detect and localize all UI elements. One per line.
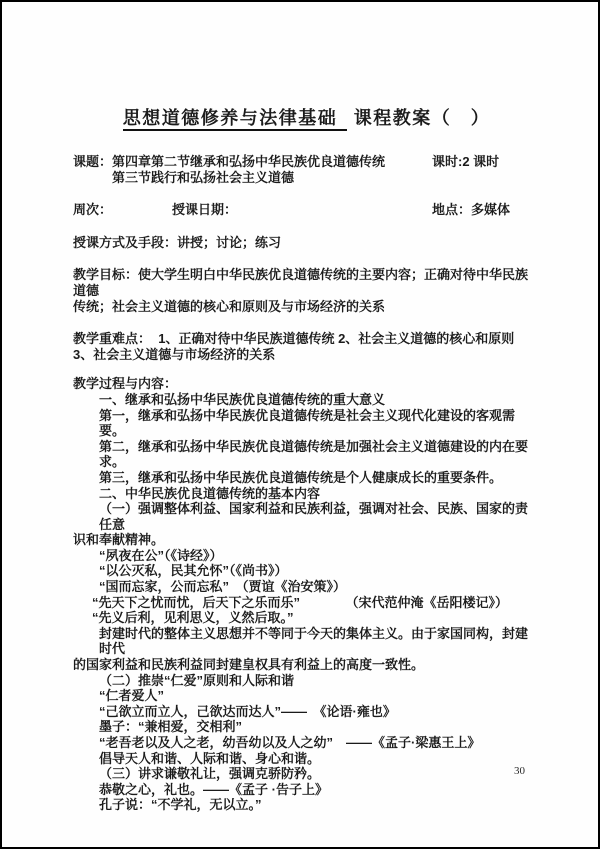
key-point-line: 教学重难点： 1、正确对待中华民族道德传统 2、社会主义道德的核心和原则 [73, 331, 540, 347]
document-line: “夙夜在公”（《诗经》） [73, 548, 540, 564]
document-line: “老吾老以及人之老，幼吾幼以及人之幼” ——《孟子·梁惠王上》 [73, 735, 540, 751]
document-line: 恭敬之心，礼也。——《孟子 ·告子上》 [73, 782, 540, 798]
document-page: 思想道德修养与法律基础 课程教案（ ） 课题：第四章第二节继承和弘扬中华民族优良… [0, 0, 600, 849]
document-line: 第二，继承和弘扬中华民族优良道德传统是加强社会主义道德建设的内在要求。 [73, 439, 540, 470]
class-hours: 课时:2 课时 [432, 154, 499, 170]
document-line: 一、继承和弘扬中华民族优良道德传统的重大意义 [73, 392, 540, 408]
teaching-process-heading: 教学过程与内容： [73, 376, 540, 392]
objective-line: 教学目标：使大学生明白中华民族优良道德传统的主要内容；正确对待中华民族道德 [73, 267, 540, 298]
topic-row: 课题：第四章第二节继承和弘扬中华民族优良道德传统 第三节践行和弘扬社会主义道德 … [73, 154, 540, 185]
document-line: 墨子：“兼相爱，交相利” [73, 719, 540, 735]
document-content: 思想道德修养与法律基础 课程教案（ ） 课题：第四章第二节继承和弘扬中华民族优良… [2, 2, 598, 847]
document-line: “国而忘家，公而忘私” （贾谊《治安策》） [73, 579, 540, 595]
lecture-date-label: 授课日期： [172, 202, 237, 218]
document-line: （一）强调整体利益、国家利益和民族利益，强调对社会、民族、国家的责任意 [73, 501, 540, 532]
document-line: 倡导天人和谐、人际和谐、身心和谐。 [73, 751, 540, 767]
teaching-content: 一、继承和弘扬中华民族优良道德传统的重大意义第一，继承和弘扬中华民族优良道德传统… [73, 392, 540, 813]
document-line: “先义后利，见利思义，义然后取。” [73, 610, 540, 626]
document-line: （二）推崇“仁爱”原则和人际和谐 [73, 673, 540, 689]
document-line: 孔子说：“不学礼，无以立。” [73, 797, 540, 813]
page-number: 30 [514, 765, 525, 777]
topic-line-2: 第三节践行和弘扬社会主义道德 [73, 170, 540, 186]
schedule-row: 周次： 授课日期： 地点：多媒体 [73, 202, 540, 218]
document-line: “以公灭私，民其允怀”（《尚书》） [73, 563, 540, 579]
document-line: 第三，继承和弘扬中华民族优良道德传统是个人健康成长的重要条件。 [73, 470, 540, 486]
document-line: 二、中华民族优良道德传统的基本内容 [73, 486, 540, 502]
key-point-line: 3、社会主义道德与市场经济的关系 [73, 347, 540, 363]
document-line: 第一，继承和弘扬中华民族优良道德传统是社会主义现代化建设的客观需要。 [73, 408, 540, 439]
location-label: 地点：多媒体 [432, 202, 510, 218]
document-line: 识和奉献精神。 [73, 532, 540, 548]
document-line: “己欲立而立人，己欲达而达人”—— 《论语·雍也》 [73, 704, 540, 720]
document-line: “仁者爱人” [73, 688, 540, 704]
objective-line: 传统；社会主义道德的核心和原则及与市场经济的关系 [73, 299, 540, 315]
course-title-suffix: 课程教案（ ） [347, 108, 490, 128]
document-line: （三）讲求谦敬礼让，强调克骄防矜。 [73, 766, 540, 782]
document-line: 封建时代的整体主义思想并不等同于今天的集体主义。由于家国同构，封建时代 [73, 626, 540, 657]
course-title-underlined: 思想道德修养与法律基础 [123, 108, 348, 131]
week-label: 周次： [73, 202, 112, 218]
teaching-method-line: 授课方式及手段：讲授；讨论；练习 [73, 235, 540, 251]
teaching-objectives: 教学目标：使大学生明白中华民族优良道德传统的主要内容；正确对待中华民族道德传统；… [73, 267, 540, 314]
course-title: 思想道德修养与法律基础 课程教案（ ） [73, 105, 540, 131]
document-line: 的国家利益和民族利益同封建皇权具有利益上的高度一致性。 [73, 657, 540, 673]
teaching-key-points: 教学重难点： 1、正确对待中华民族道德传统 2、社会主义道德的核心和原则3、社会… [73, 331, 540, 362]
document-line: “先天下之忧而忧，后天下之乐而乐” （宋代范仲淹《岳阳楼记》） [73, 595, 540, 611]
